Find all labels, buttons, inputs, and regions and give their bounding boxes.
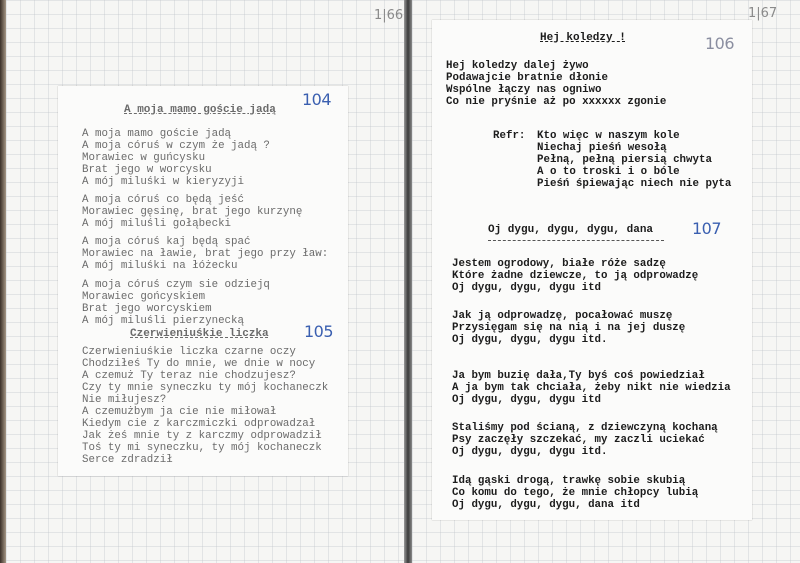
song-number: 104 [302,90,331,109]
song-number: 107 [692,219,721,238]
lyric-line: Co komu do tego, że mnie chłopcy lubią [452,487,698,499]
lyric-line: Oj dygu, dygu, dygu itd [452,282,698,294]
lyric-line: Oj dygu, dygu, dygu, dana itd [452,499,698,511]
lyric-line: Staliśmy pod ścianą, z dziewczyną kochan… [452,422,718,434]
lyric-line: Brat jego w worcysku [82,164,270,176]
lyric-line: Morawiec na ławie, brat jego przy ław: [82,248,328,260]
lyric-line: A moja córuś czym sie odziejq [82,279,270,291]
lyric-line: Oj dygu, dygu, dygu itd. [452,446,718,458]
lyric-line: Nie miłujesz? [82,394,328,406]
lyric-line: A mój miluśli gołąbecki [82,218,302,230]
stanza: A moja córuś co będą jeśćMorawiec gęsinę… [82,194,302,230]
lyric-line: Jak żeś mnie ty z karczmy odprowadził [82,430,328,442]
stanza: A moja córuś czym sie odziejqMorawiec go… [82,279,270,327]
stanza: Jak ją odprowadzę, pocałować muszęPrzysi… [452,310,685,346]
lyric-line: Brat jego worcyskiem [82,303,270,315]
lyric-line: Oj dygu, dygu, dygu itd. [452,334,685,346]
lyric-line: Morawiec w guńcysku [82,152,270,164]
lyric-line: A moja córuś co będą jeść [82,194,302,206]
stanza: Hej koledzy dalej żywoPodawajcie bratnie… [446,60,666,108]
lyric-line: Oj dygu, dygu, dygu itd [452,394,731,406]
song-title: Hej koledzy ! [540,32,626,44]
lyric-line: Wspólne łączy nas ogniwo [446,84,666,96]
lyric-line: Serce zdradził [82,454,328,466]
lyric-line: A moja córuś kaj będą spać [82,236,328,248]
lyric-line: Morawiec gońcyskiem [82,291,270,303]
stanza: Staliśmy pod ścianą, z dziewczyną kochan… [452,422,718,458]
lyric-line: Pieśń śpiewając niech nie pyta [537,178,731,190]
lyric-line: Idą gąski drogą, trawkę sobie skubią [452,475,698,487]
lyric-line: A moja mamo goście jadą [82,128,270,140]
lyric-line: Kiedym cie z karczmiczki odprowadzał [82,418,328,430]
song-title: Oj dygu, dygu, dygu, dana [488,224,653,236]
lyric-line: Psy zaczęły szczekać, my zaczli uciekać [452,434,718,446]
lyric-line: A moja córuś w czym że jadą ? [82,140,270,152]
lyric-line: A mój miluśki na łóżecku [82,260,328,272]
lyric-line: Hej koledzy dalej żywo [446,60,666,72]
refrain: Kto więc w naszym koleNiechaj pieśń weso… [537,130,731,190]
lyric-line: Kto więc w naszym kole [537,130,731,142]
lyric-line: A mój miluśli pierzynecką [82,315,270,327]
song-title: A moja mamo goście jadą [124,104,276,116]
stanza: Jestem ogrodowy, białe róże sadzęKtóre ż… [452,258,698,294]
stanza: A moja córuś kaj będą spaćMorawiec na ła… [82,236,328,272]
lyric-line: Które żadne dziewcze, to ją odprowadzę [452,270,698,282]
stanza: A moja mamo goście jadąA moja córuś w cz… [82,128,270,188]
lyric-line: Podawajcie bratnie dłonie [446,72,666,84]
stanza: Ja bym buzię dała,Ty byś coś powiedziałA… [452,370,731,406]
lyric-line: Czerwieniuśkie liczka czarne oczy [82,346,328,358]
lyric-line: Pełną, pełną piersią chwyta [537,154,731,166]
page-marker-left: 1|66 [374,8,403,23]
lyric-line: Jestem ogrodowy, białe róże sadzę [452,258,698,270]
lyric-line: Przysięgam się na nią i na jej duszę [452,322,685,334]
lyric-line: Ja bym buzię dała,Ty byś coś powiedział [452,370,731,382]
lyric-line: A mój miluśki w kieryzyji [82,176,270,188]
lyric-line: A czemuż Ty teraz nie chodzujesz? [82,370,328,382]
stanza: Idą gąski drogą, trawkę sobie skubiąCo k… [452,475,698,511]
lyric-line: A czemużbym ja cie nie miłował [82,406,328,418]
lyric-line: Chodziłeś Ty do mnie, we dnie w nocy [82,358,328,370]
lyric-line: Morawiec gęsinę, brat jego kurzynę [82,206,302,218]
lyric-line: Jak ją odprowadzę, pocałować muszę [452,310,685,322]
lyric-line: A ja bym tak chciała, żeby nikt nie wied… [452,382,731,394]
lyric-line: Toś ty mi syneczku, ty mój kochaneczk [82,442,328,454]
book-gutter [404,0,412,563]
song-number: 106 [705,34,734,53]
page-marker-right: 1|67 [748,6,777,21]
song-title: Czerwieniuśkie liczka [130,328,269,340]
lyric-line: Niechaj pieśń wesołą [537,142,731,154]
lyric-line: Co nie pryśnie aż po xxxxxx zgonie [446,96,666,108]
title-underline [488,240,664,242]
lyric-line: A o to troski i o bóle [537,166,731,178]
lyric-line: Czy ty mnie syneczku ty mój kochaneczk [82,382,328,394]
stanza: Czerwieniuśkie liczka czarne oczyChodził… [82,346,328,466]
refrain-label: Refr: [493,130,525,142]
song-number: 105 [304,322,333,341]
